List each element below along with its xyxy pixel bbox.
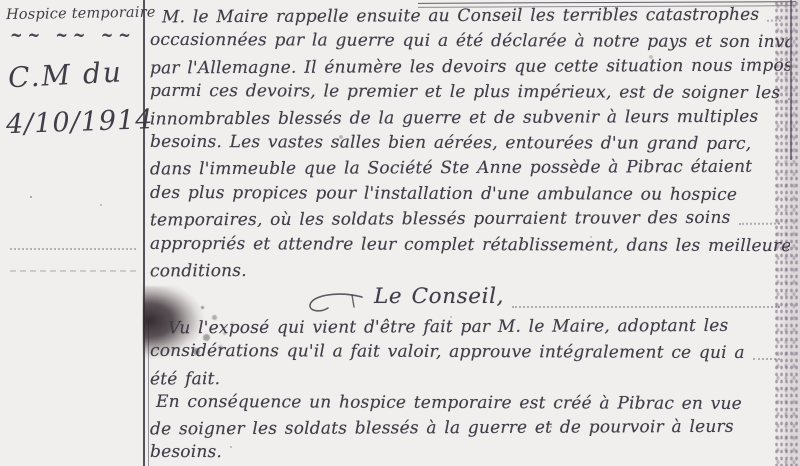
text-line: par l'Allemagne. Il énumère les devoirs …: [150, 54, 790, 82]
line-text: des plus propices pour l'installation d'…: [150, 183, 737, 205]
line-text: parmi ces devoirs, le premier et le plus…: [150, 81, 780, 103]
text-line: dans l'immeuble que la Société Ste Anne …: [150, 156, 790, 184]
text-line: de soigner les soldats blessés à la guer…: [150, 416, 790, 444]
text-line: parmi ces devoirs, le premier et le plus…: [150, 80, 790, 108]
text-line: conditions.: [150, 258, 790, 286]
text-line: été fait.: [150, 365, 790, 393]
line-text: de soigner les soldats blessés à la guer…: [150, 417, 734, 440]
scan-edge-line: [790, 0, 792, 160]
paper-speckles: [30, 196, 32, 198]
text-line: besoins.: [150, 441, 790, 466]
line-text: besoins.: [150, 442, 222, 462]
margin-underline-squiggle: ~~ ~~ ~~: [10, 23, 138, 46]
line-text: par l'Allemagne. Il énumère les devoirs …: [150, 55, 790, 78]
text-line: considérations qu'il a fait valoir, appr…: [150, 340, 790, 367]
line-text: appropriés et attendre leur complet réta…: [150, 233, 790, 255]
line-text: M. le Maire rappelle ensuite au Conseil …: [162, 5, 759, 28]
scanned-register-page: Hospice temporaire ~~ ~~ ~~ C.M du 4/10/…: [0, 0, 800, 466]
text-line: appropriés et attendre leur complet réta…: [150, 232, 790, 260]
dotted-trail-line: [767, 20, 781, 22]
dotted-trail-line: [788, 99, 790, 101]
line-text: conditions.: [150, 261, 247, 281]
line-text: été fait.: [150, 369, 220, 389]
section-heading-row: Le Conseil,: [150, 284, 790, 315]
line-text: En conséquence un hospice temporaire est…: [156, 392, 742, 414]
text-line: innombrables blessés de la guerre et de …: [150, 105, 790, 133]
margin-dotted-speckle-row: [10, 248, 136, 250]
text-line: occasionnées par la guerre qui a été déc…: [150, 29, 790, 57]
flourish-swash-icon: [308, 293, 364, 315]
margin-title: Hospice temporaire: [6, 5, 138, 23]
resolution-paragraph: Vu l'exposé qui vient d'être fait par M.…: [150, 316, 790, 466]
text-line: En conséquence un hospice temporaire est…: [150, 391, 790, 418]
text-line: Vu l'exposé qui vient d'être fait par M.…: [150, 315, 790, 343]
council-meeting-ref: C.M du: [7, 55, 139, 95]
text-line: temporaires, où les soldats blessés pour…: [150, 207, 790, 235]
text-line: besoins. Les vastes salles bien aérées, …: [150, 131, 790, 159]
dotted-trail-line: [753, 359, 780, 361]
dotted-trail-line: [512, 306, 780, 308]
line-text: besoins. Les vastes salles bien aérées, …: [150, 132, 751, 154]
text-line: M. le Maire rappelle ensuite au Conseil …: [150, 4, 790, 32]
dotted-trail-line: [739, 223, 780, 225]
line-text: Vu l'exposé qui vient d'être fait par M.…: [168, 316, 729, 338]
line-text: occasionnées par la guerre qui a été déc…: [150, 30, 790, 52]
text-line: des plus propices pour l'installation d'…: [150, 182, 790, 210]
margin-dotted-speckle-row-2: [10, 270, 136, 272]
meeting-date: 4/10/1914: [5, 105, 138, 141]
margin-annotation: Hospice temporaire ~~ ~~ ~~ C.M du 4/10/…: [6, 6, 138, 138]
minutes-text: M. le Maire rappelle ensuite au Conseil …: [150, 5, 790, 466]
line-text: innombrables blessés de la guerre et de …: [150, 106, 758, 129]
section-heading: Le Conseil,: [374, 284, 504, 309]
line-text: temporaires, où les soldats blessés pour…: [150, 208, 731, 231]
line-text: dans l'immeuble que la Société Ste Anne …: [150, 157, 752, 180]
line-text: considérations qu'il a fait valoir, appr…: [150, 341, 745, 363]
margin-divider-rule: [143, 0, 145, 466]
